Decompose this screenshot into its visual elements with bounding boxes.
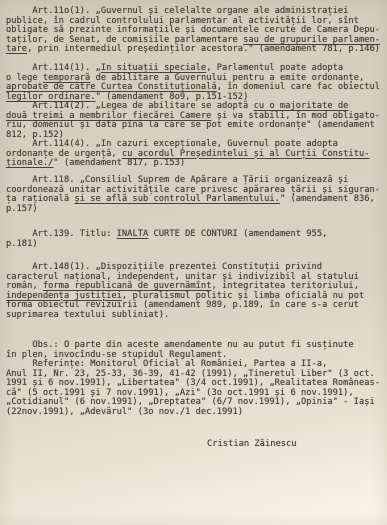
paragraph-art-114-1: Art.114(1). „In situații speciale, Parla… — [6, 64, 387, 102]
underlined-text: aprobate de către Curtea Constituțională — [6, 82, 217, 92]
text-line: tare, prin intermediul președinților ace… — [6, 45, 387, 55]
underlined-text: tare — [6, 44, 27, 54]
text-segment: Obs.: O parte din aceste amendamente nu … — [6, 340, 354, 350]
paragraph-art-114-2: Art.114(2). „Legea de abilitare se adopt… — [6, 102, 387, 140]
text-segment: Anul II, Nr. 23, 25-33, 36-39, 41-42 (19… — [6, 369, 375, 379]
text-segment: Art.11o(1). „Guvernul și celelalte organ… — [6, 6, 348, 16]
text-segment: și va stabili, în mod obligato- — [211, 111, 380, 121]
underlined-text: două treimi a membrilor fiecărei Camere — [6, 111, 211, 121]
text-segment: publice, în cadrul controlului parlament… — [6, 16, 359, 26]
text-segment: „Cotidianul" (6 nov.1991), „Dreptatea" (… — [6, 397, 375, 407]
text-segment: obligate să prezinte informațiile și doc… — [6, 25, 380, 35]
text-segment: coordonează unitar activitățile care pri… — [6, 185, 380, 195]
text-line: suprimarea textului subliniat). — [6, 311, 387, 321]
text-segment: de abilitare a Guvernului pentru a emite… — [90, 73, 364, 83]
underlined-text: sau de grupurile parlamen- — [243, 35, 380, 45]
paragraph-art-114-4: Art.114(4). „In cazuri excepționale, Guv… — [6, 140, 387, 169]
paragraph-art-139: Art.139. Titlu: INALTA CURTE DE CONTURI … — [6, 230, 387, 249]
text-line: (22nov.1991), „Adevărul" (3o nov./1 dec.… — [6, 408, 387, 418]
underlined-text: cu acordul Președintelui și al Curții Co… — [122, 149, 370, 159]
text-segment: 1991 și 6 nov.1991), „Libertatea" (3/4 o… — [6, 378, 380, 388]
text-line: ța rațională și se află sub controlul Pa… — [6, 195, 387, 205]
text-segment: riu, domeniul și data pînă la care se po… — [6, 120, 375, 130]
text-segment: , pluralismul politic și limba oficială … — [122, 291, 364, 301]
text-segment: Art.114(4). „In cazuri excepționale, Guv… — [6, 139, 338, 149]
text-segment: român, — [6, 281, 43, 291]
text-segment: ța rațională — [6, 194, 74, 204]
text-segment: CURTE DE CONTURI (amendament 955, — [148, 229, 327, 239]
paragraph-art-118: Art.118. „Consiliul Suprem de Apărare a … — [6, 176, 387, 214]
text-segment: , Parlamentul poate adopta — [206, 63, 343, 73]
text-segment: caracterul național, independent, unitar… — [6, 272, 359, 282]
text-line: Art.139. Titlu: INALTA CURTE DE CONTURI … — [6, 230, 387, 240]
text-segment: forma obiectul revizuirii (amendament 98… — [6, 300, 359, 310]
paragraph-art-148-1: Art.148(1). „Dispozițiile prezentei Cons… — [6, 263, 387, 320]
text-segment: în plen, invocîndu-se stupidul Regulamen… — [6, 350, 227, 360]
text-segment: p.181) — [6, 239, 38, 249]
text-segment: ordonanțe de urgență, — [6, 149, 122, 159]
underlined-text: și se află sub controlul Parlamentului. — [74, 194, 279, 204]
text-segment: , în domeniul care fac obiectul — [217, 82, 380, 92]
underlined-text: independența justiției — [6, 291, 122, 301]
underlined-text: In situații speciale — [101, 63, 206, 73]
text-line: ționale./" (amendament 817, p.153) — [6, 159, 387, 169]
underlined-text: cu o majoritate de — [254, 101, 349, 111]
underlined-text: forma republicană de guvernămînt — [43, 281, 212, 291]
text-segment: o lege — [6, 73, 43, 83]
paragraph-art-110-1: Art.11o(1). „Guvernul și celelalte organ… — [6, 7, 387, 55]
underlined-text: temporară — [43, 73, 90, 83]
text-line: p.157) — [6, 205, 387, 215]
text-segment: " (amendament 817, p.153) — [53, 158, 185, 168]
text-segment: , integritatea teritoriului, — [211, 281, 359, 291]
underlined-text: ționale./ — [6, 158, 53, 168]
text-segment: Art.139. Titlu: — [6, 229, 117, 239]
text-segment: Art.148(1). „Dispozițiile prezentei Cons… — [6, 262, 322, 272]
text-segment: Art.118. „Consiliul Suprem de Apărare a … — [6, 175, 348, 185]
paragraph-obs: Obs.: O parte din aceste amendamente nu … — [6, 341, 387, 360]
text-line: p.181) — [6, 240, 387, 250]
text-segment: " (amendament 836, — [280, 194, 375, 204]
text-segment: , prin intermediul președinților acestor… — [27, 44, 380, 54]
text-segment: " (amendament 8o9, p.151-152) — [96, 92, 249, 102]
text-segment: Referințe: Monitorul Oficial al României… — [6, 359, 327, 369]
underlined-text: legilor ordinare. — [6, 92, 96, 102]
paragraph-referinte: Referințe: Monitorul Oficial al României… — [6, 360, 387, 417]
text-segment: taților, de Senat, de comisiile parlamen… — [6, 35, 243, 45]
text-segment: p.157) — [6, 204, 38, 214]
signature: Cristian Zăinescu — [207, 440, 297, 450]
text-segment: 812, p.152) — [6, 130, 64, 140]
text-segment: Art.114(1). „ — [6, 63, 101, 73]
text-segment: Art.114(2). „Legea de abilitare se adopt… — [6, 101, 254, 111]
underlined-text: INALTA — [117, 229, 149, 239]
text-segment: că" (5 oct.1991 și 7 nov.1991), „Azi" (3… — [6, 388, 354, 398]
text-segment: suprimarea textului subliniat). — [6, 310, 169, 320]
scanned-document-page: Art.11o(1). „Guvernul și celelalte organ… — [0, 0, 387, 525]
text-segment: (22nov.1991), „Adevărul" (3o nov./1 dec.… — [6, 407, 243, 417]
